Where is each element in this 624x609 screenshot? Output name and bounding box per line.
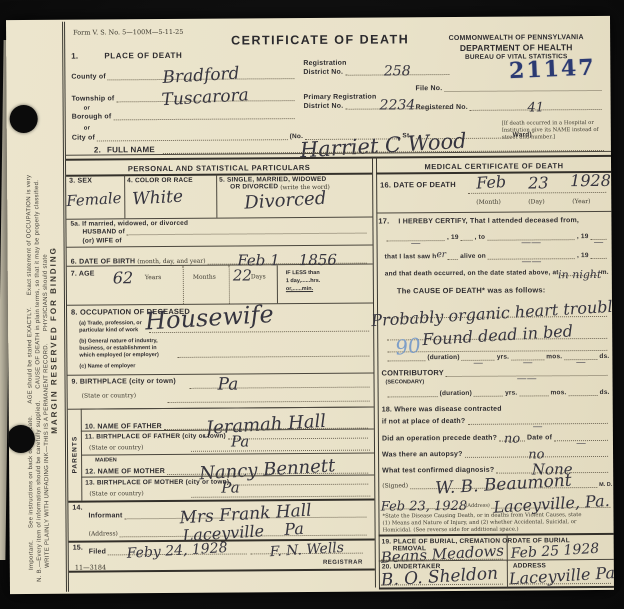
personal-heading: PERSONAL AND STATISTICAL PARTICULARS [128, 163, 311, 173]
personal-column: PERSONAL AND STATISTICAL PARTICULARS 3. … [66, 157, 375, 573]
mother-bp-value: Pa [221, 481, 239, 494]
informant-line: Mrs Frank Hall [124, 507, 366, 520]
if-less-line-1: IF LESS than [286, 270, 320, 276]
city-label: City of [72, 134, 95, 141]
cause-of-death-label: The CAUSE OF DEATH* was as follows: [397, 285, 546, 295]
dod-year-value: 1928 [570, 174, 611, 188]
margin-note-binding: MARGIN RESERVED FOR BINDING [49, 246, 59, 434]
signature-address-line: Laceyville, Pa. [492, 497, 611, 508]
file-no-blank-line [444, 87, 601, 92]
ds2-label: ds. [600, 389, 610, 396]
township-line: Tuscarora [116, 90, 294, 103]
informant-address-line: Laceyville Pa [120, 525, 367, 537]
s18-line: — [467, 423, 607, 425]
death-occurred-label: and that death occurred, on the date sta… [385, 269, 559, 277]
duration2-mos-line [519, 392, 548, 396]
duration2-yrs-line [474, 393, 503, 397]
occupation-a-line-1: (a) Trade, profession, or [79, 320, 142, 326]
marital-value: Divorced [244, 191, 327, 211]
contributory-label: CONTRIBUTORY [381, 368, 443, 377]
birthplace-label: 9. BIRTHPLACE (city or town) [72, 378, 176, 386]
borough-label: Borough of [72, 113, 112, 120]
parents-label: PARENTS [71, 436, 78, 474]
last-saw-gap [448, 256, 458, 260]
attended-from-line: — [387, 240, 445, 241]
filed-number: 15. [73, 545, 83, 552]
race-label: 4. COLOR OR RACE [127, 177, 193, 184]
nineteen-1: , 19 [447, 234, 459, 241]
secondary-label: (SECONDARY) [386, 379, 425, 385]
birthplace-paren: (State or country) [82, 392, 136, 399]
filed-label: Filed [89, 548, 106, 555]
county-label: County of [71, 74, 106, 81]
occupation-b-line-3: which employed (or employer) [79, 352, 159, 359]
ds-label: ds. [599, 353, 609, 360]
county-value: Bradford [162, 66, 240, 85]
primary-registration-label-2: District No. [304, 103, 344, 110]
signature-date: Feb 23, 1928 [381, 500, 467, 512]
if-less-line-3: or,......min. [286, 286, 313, 292]
dod-day-paren: (Day) [528, 198, 545, 205]
alive-on-label: alive on [460, 252, 486, 259]
borough-blank-line [113, 115, 294, 120]
year-blank-1 [461, 237, 473, 241]
form-number: Form V. S. No. 5—100M—5-11-25 [73, 28, 183, 37]
place-of-death-number: 1. [71, 52, 78, 61]
township-value: Tuscarora [161, 88, 249, 108]
medical-column: MEDICAL CERTIFICATE OF DEATH 16. DATE OF… [376, 155, 614, 590]
death-certificate-document: MARGIN RESERVED FOR BINDING WRITE PLAINL… [6, 16, 614, 594]
age-years-value: 62 [113, 271, 133, 285]
marital-label-2: OR DIVORCED [230, 183, 278, 190]
nineteen-3: , 19 [577, 252, 589, 259]
father-bp-line-2 [191, 450, 370, 452]
birthplace-line-2 [168, 401, 370, 403]
father-bp-label: 11. BIRTHPLACE OF FATHER (city or town) [85, 433, 226, 441]
duration2-label: (duration) [440, 390, 472, 397]
age-days-value: 22 [233, 269, 252, 282]
year-blank-2: — [591, 239, 607, 240]
s18-line-1: 18. Where was disease contracted [382, 406, 502, 414]
file-no-label: File No. [415, 85, 442, 92]
occupation-a-line-2: particular kind of work [79, 327, 138, 333]
months-label: Months [193, 274, 216, 281]
husband-blank-line [127, 230, 367, 236]
duration-blank [387, 357, 425, 361]
filed-date-value: Feby 24, 1928 [127, 543, 228, 561]
registrar-signature-line: F. N. Wells [251, 545, 363, 555]
plate-number: 11—3184 [75, 563, 106, 571]
duration-yrs-line: — [462, 360, 495, 361]
signature-date-line: Feb 23, 1928 [384, 500, 463, 509]
yrs-label: yrs. [497, 354, 509, 361]
operation-line: no [499, 434, 525, 442]
margin-note-nb: N. B.—Every item of information should b… [34, 180, 43, 582]
mother-bp-label: 13. BIRTHPLACE OF MOTHER (city or town) [85, 479, 229, 487]
md-label: M. D. [599, 482, 612, 488]
mother-label: 12. NAME OF MOTHER [85, 468, 165, 476]
primary-registration-value: 2234 [380, 100, 416, 112]
certificate-title: CERTIFICATE OF DEATH [195, 32, 445, 48]
occupation-c-label: (c) Name of employer [79, 363, 135, 369]
autopsy-value: no [528, 449, 544, 460]
mother-line: Nancy Bennett [167, 462, 368, 476]
operation-value: no [504, 434, 520, 445]
full-name-label: FULL NAME [107, 145, 155, 154]
sex-value: Female [66, 192, 122, 208]
registrar-signature: F. N. Wells [269, 543, 344, 559]
alive-on-line: —— [488, 258, 575, 260]
birthplace-line-1 [190, 387, 370, 389]
duration-mos-line: — [511, 359, 544, 360]
age-separator-1 [183, 266, 184, 304]
dob-line: Feb 1 1856 [208, 254, 367, 265]
mos-label: mos. [546, 353, 562, 360]
if-less-line-2: 1 day,......hrs. [286, 278, 320, 284]
informant-label: Informant [88, 513, 122, 520]
mother-bp-paren: (State or country) [89, 490, 143, 497]
filed-date-line: Feby 24, 1928 [108, 545, 247, 555]
punch-hole-top [10, 105, 38, 133]
to-label: , to [475, 234, 486, 241]
registration-district-value: 258 [384, 66, 411, 78]
informant-address-label: (Address) [89, 530, 118, 537]
duration-ds-line: — [564, 359, 597, 360]
last-saw-pronoun-hw: er [436, 252, 446, 260]
primary-registration-line: 2234 [345, 100, 449, 110]
last-saw-label: that I last saw h [385, 253, 437, 260]
s17-number: 17. [378, 216, 389, 225]
race-value: White [132, 190, 184, 207]
signature-address-label: (Address) [465, 502, 489, 508]
signature-line: W. B. Beaumont [410, 477, 597, 490]
nineteen-2: , 19 [577, 233, 589, 240]
death-time-line: in night [561, 270, 599, 277]
s5a-wife-label: (or) WIFE of [83, 237, 122, 244]
occupation-value: Housewife [145, 304, 275, 332]
registrar-label: REGISTRAR [323, 560, 363, 566]
duration-label: (duration) [427, 354, 459, 361]
s5a-line-1: 5a. If married, widowed, or divorced [70, 220, 188, 228]
contributory-line: —— [446, 375, 608, 377]
dod-label: 16. DATE OF DEATH [380, 180, 456, 190]
dod-year-paren: (Year) [572, 198, 590, 205]
years-label: Years [145, 274, 162, 281]
dod-month-value: Feb [476, 175, 507, 190]
registered-no-line: 41 [470, 102, 602, 111]
test-label: What test confirmed diagnosis? [382, 466, 494, 474]
operation-label: Did an operation precede death? [382, 435, 497, 443]
registration-district-line: 258 [345, 66, 449, 76]
father-bp-paren: (State or country) [89, 444, 143, 451]
occupation-b-line [177, 356, 369, 358]
yrs2-label: yrs. [505, 390, 517, 397]
father-bp-value: Pa [231, 435, 249, 448]
year-blank-3 [591, 255, 607, 259]
s5a-husband-label: HUSBAND of [82, 228, 125, 235]
age-separator-2 [229, 266, 230, 304]
photo-background: MARGIN RESERVED FOR BINDING WRITE PLAINL… [0, 0, 624, 609]
death-time-value: in night [558, 270, 601, 280]
full-name-number: 2. [94, 145, 101, 154]
signed-label: (Signed) [382, 483, 408, 490]
dob-label: 6. DATE OF BIRTH [71, 258, 136, 265]
occupation-b-line-1: (b) General nature of industry, [79, 338, 157, 345]
autopsy-line: no [465, 449, 608, 458]
cause-line-1: Probably organic heart trouble [387, 306, 607, 318]
operation-date-line: — [554, 440, 608, 441]
certificate-number-stamp: 21147 [493, 54, 612, 85]
attended-to-line: —— [487, 239, 575, 241]
certify-statement: I HEREBY CERTIFY, That I attended deceas… [398, 217, 579, 225]
physician-signature: W. B. Beaumont [435, 474, 572, 497]
occupation-b-line-2: business, or establishment in [79, 345, 156, 352]
s18-line-2: if not at place of death? [382, 418, 466, 426]
sex-label: 3. SEX [69, 178, 92, 185]
informant-number: 14. [72, 505, 82, 512]
days-label: Days [251, 273, 266, 280]
registration-district-label-2: District No. [303, 69, 343, 76]
mother-bp-line-1 [231, 481, 368, 486]
registered-no-value: 41 [527, 102, 544, 113]
mother-bp-line-2 [191, 496, 370, 498]
place-of-death-heading: PLACE OF DEATH [104, 51, 182, 61]
age-label: 7. AGE [71, 271, 95, 278]
dod-month-paren: (Month) [476, 199, 501, 206]
mos2-label: mos. [551, 389, 567, 396]
dob-paren: (month, day, and year) [137, 258, 205, 265]
or-label-2: or [84, 126, 90, 132]
or-label-1: or [84, 106, 90, 112]
duration2-blank [388, 393, 438, 397]
township-label: Township of [72, 96, 115, 103]
birthplace-value: Pa [218, 378, 239, 393]
duration2-ds-line [569, 392, 598, 396]
county-line: Bradford [108, 68, 295, 81]
medical-heading: MEDICAL CERTIFICATE OF DEATH [425, 161, 564, 171]
date-of-label: Date of [527, 434, 552, 441]
punch-hole-bottom [7, 425, 35, 453]
dod-day-value: 23 [528, 176, 548, 190]
autopsy-label: Was there an autopsy? [382, 451, 463, 459]
certificate-form: Form V. S. No. 5—100M—5-11-25 CERTIFICAT… [62, 18, 614, 592]
cause-line-2: Found dead in bed [387, 328, 607, 340]
m-label: m. [601, 269, 609, 276]
